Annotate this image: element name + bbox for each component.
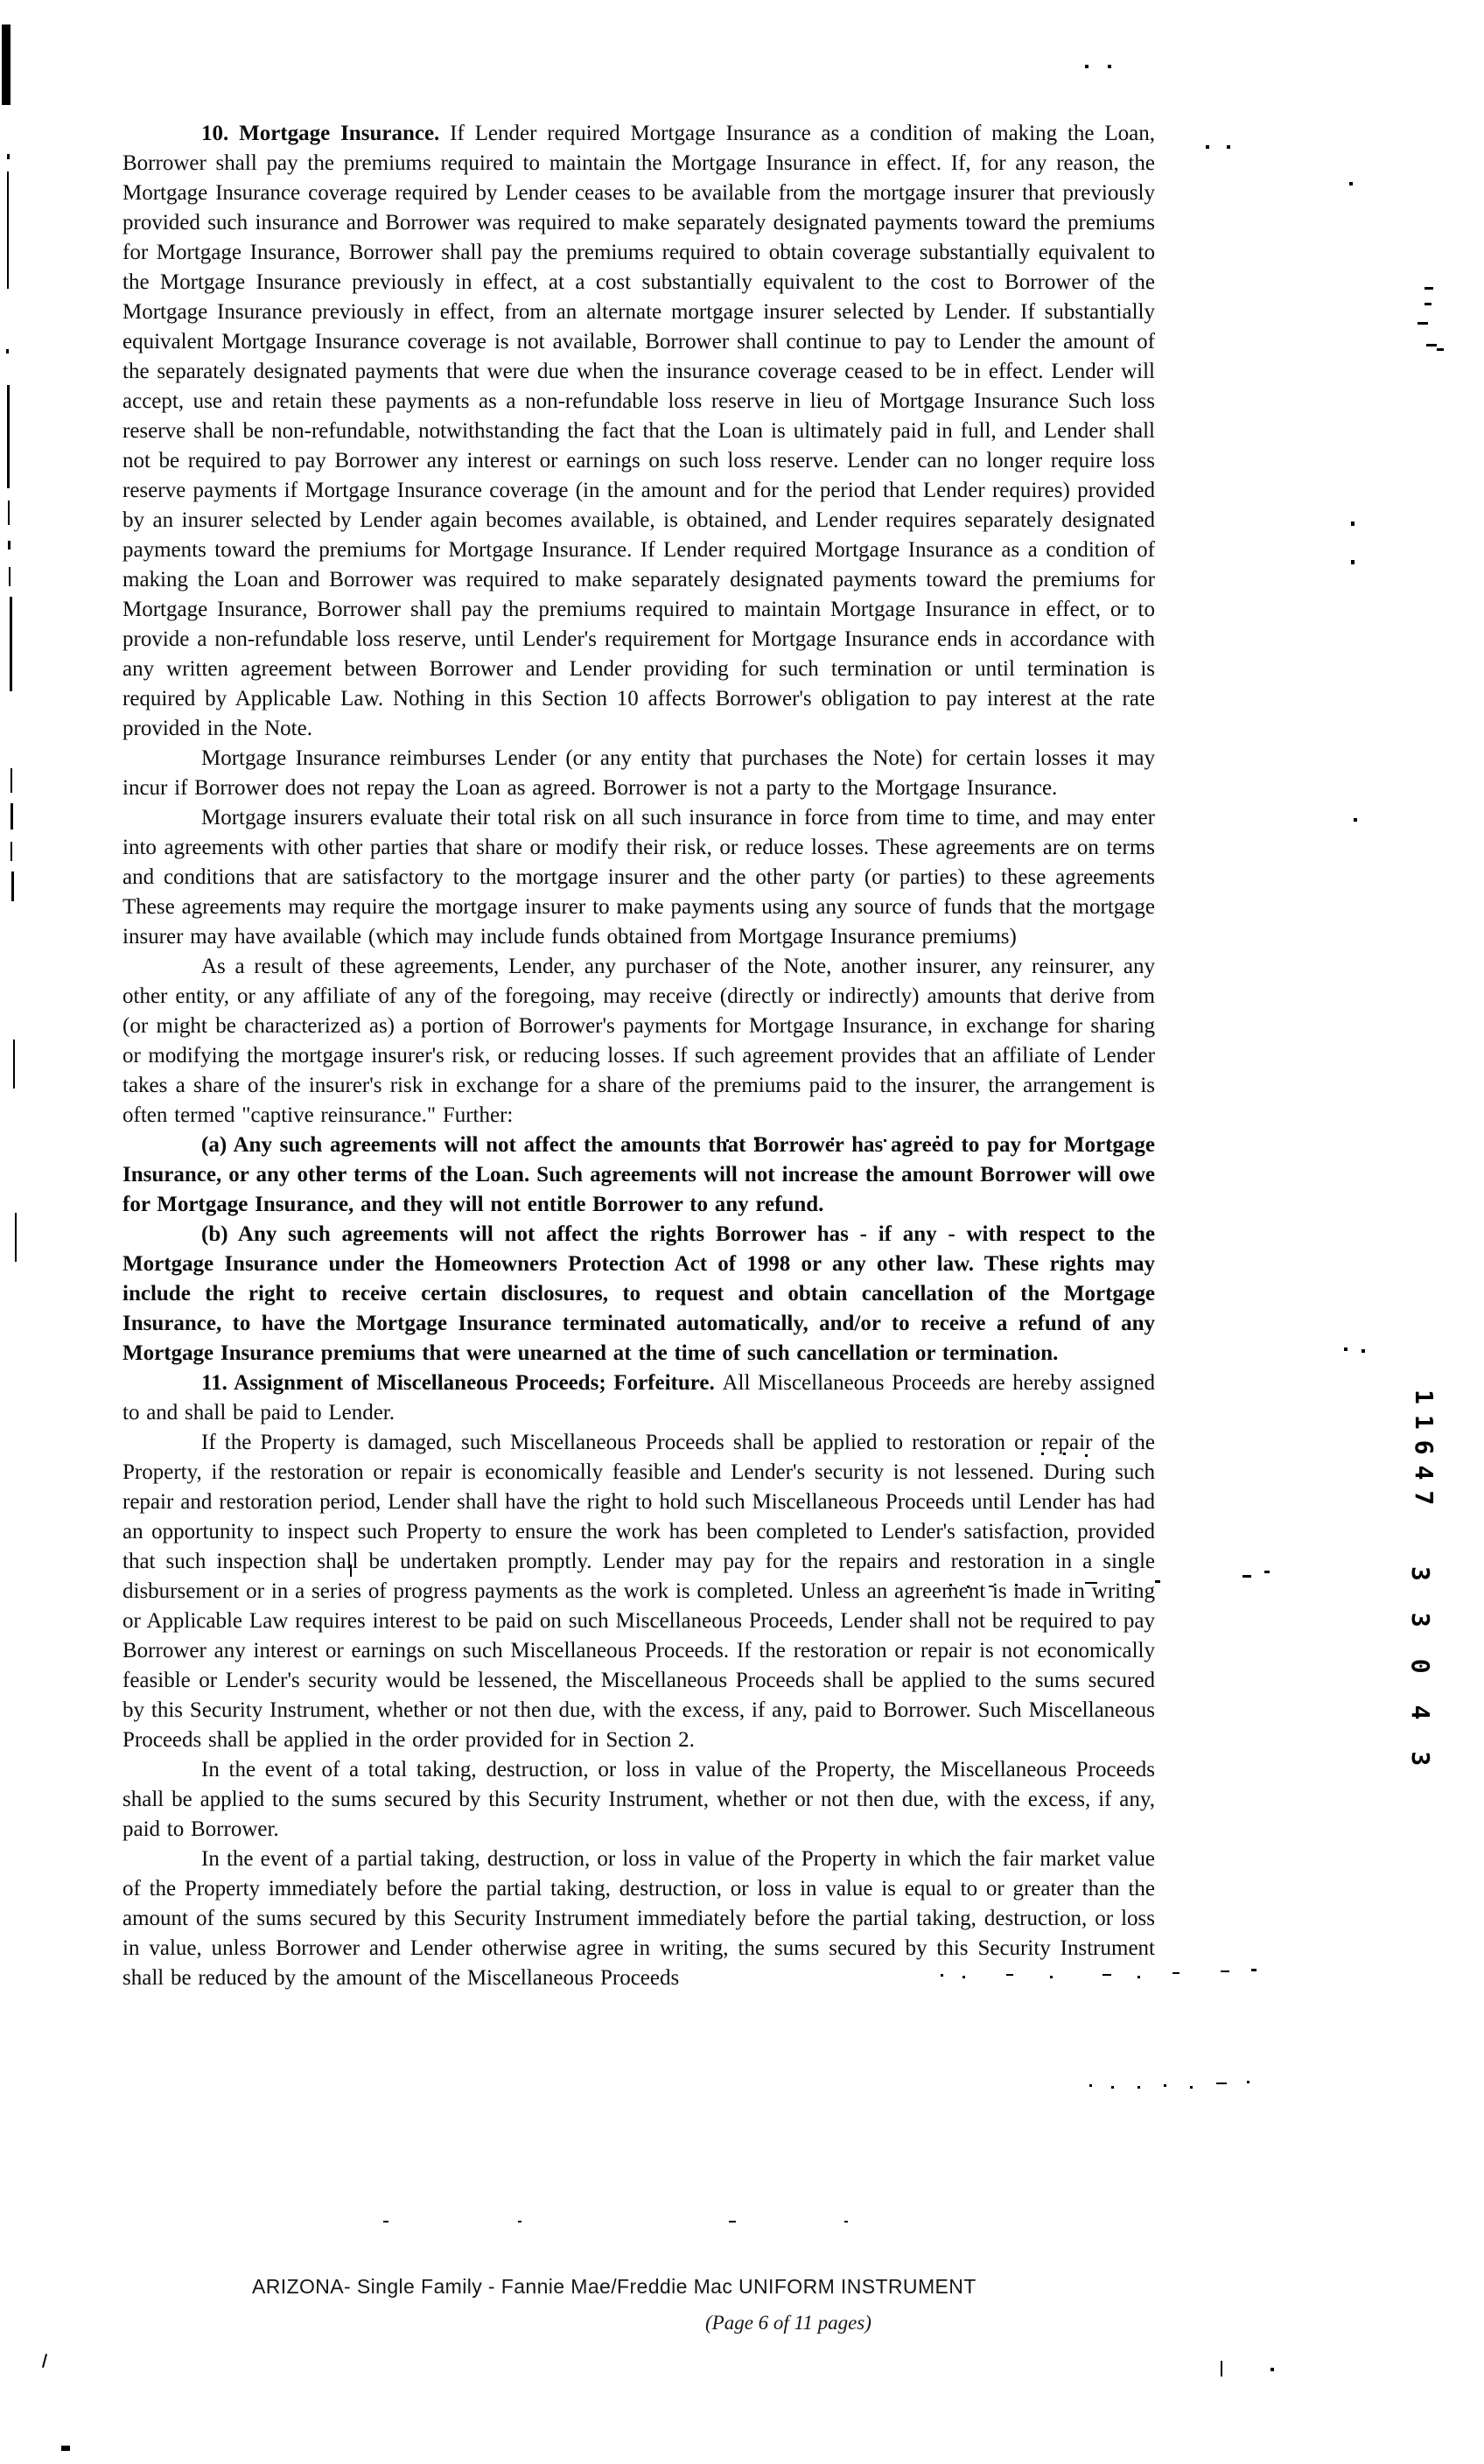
scan-artifact xyxy=(10,768,12,793)
paragraph: As a result of these agreements, Lender,… xyxy=(122,952,1155,1130)
scan-artifact xyxy=(1164,2084,1166,2087)
section-heading: 10. Mortgage Insurance. xyxy=(201,122,450,145)
scan-artifact xyxy=(8,541,10,549)
scan-artifact xyxy=(11,871,14,901)
paragraph: In the event of a partial taking, destru… xyxy=(122,1844,1155,1993)
scan-artifact xyxy=(1270,2368,1274,2371)
scan-artifact xyxy=(1426,344,1437,346)
scan-artifact xyxy=(754,1137,757,1140)
scan-artifact xyxy=(1108,65,1111,68)
scan-artifact xyxy=(15,1213,17,1262)
footer-page-number: (Page 6 of 11 pages) xyxy=(705,2312,871,2334)
paragraph: (a) Any such agreements will not affect … xyxy=(122,1130,1155,1220)
paragraph: In the event of a total taking, destruct… xyxy=(122,1755,1155,1844)
scan-artifact xyxy=(10,803,13,829)
scan-artifact xyxy=(949,1584,952,1586)
scan-artifact xyxy=(2,24,10,105)
scan-artifact xyxy=(1227,145,1230,149)
scan-artifact xyxy=(1351,560,1354,564)
section-paragraph: 10. Mortgage Insurance. If Lender requir… xyxy=(122,119,1155,744)
scan-artifact xyxy=(10,597,12,691)
scan-artifact xyxy=(1216,2082,1227,2084)
scan-artifact xyxy=(1085,1454,1088,1457)
scan-artifact xyxy=(726,1139,729,1142)
scan-artifact xyxy=(1221,1970,1229,1972)
scan-artifact xyxy=(941,1974,943,1977)
scan-artifact xyxy=(1251,1969,1256,1971)
scan-artifact xyxy=(1102,1974,1111,1976)
scan-artifact xyxy=(7,171,9,289)
section-heading: 11. Assignment of Miscellaneous Proceeds… xyxy=(201,1371,722,1395)
scan-artifact xyxy=(9,567,10,586)
scan-artifact xyxy=(1247,2081,1249,2083)
scan-artifact xyxy=(1006,1974,1013,1976)
scan-artifact xyxy=(1041,1452,1044,1455)
paragraph: Mortgage insurers evaluate their total r… xyxy=(122,803,1155,952)
scan-artifact xyxy=(962,1976,965,1978)
scan-artifact xyxy=(42,2354,47,2368)
scan-artifact xyxy=(7,154,10,159)
scan-artifact xyxy=(1264,1571,1270,1573)
scan-artifact xyxy=(844,2221,848,2222)
scan-artifact xyxy=(1137,1976,1140,1978)
scan-artifact xyxy=(1190,2086,1193,2089)
scan-artifact xyxy=(1129,1584,1131,1586)
scan-artifact xyxy=(1015,1584,1018,1586)
scan-artifact xyxy=(1155,1580,1160,1583)
scan-artifact xyxy=(1085,1582,1097,1584)
section-paragraph: 11. Assignment of Miscellaneous Proceeds… xyxy=(122,1368,1155,1428)
scan-artifact xyxy=(967,1585,969,1588)
scan-artifact xyxy=(884,1139,886,1142)
scan-artifact xyxy=(1137,2086,1140,2089)
scan-artifact xyxy=(729,2221,736,2222)
stamp-number-bottom: 33043 xyxy=(1406,1566,1435,1797)
scan-artifact xyxy=(1242,1575,1251,1578)
scan-artifact xyxy=(989,1585,994,1587)
scan-artifact xyxy=(61,2446,70,2451)
scan-artifact xyxy=(383,2221,388,2222)
paragraph: Mortgage Insurance reimburses Lender (or… xyxy=(122,744,1155,803)
scan-artifact xyxy=(1417,322,1428,325)
scan-artifact xyxy=(1344,1347,1347,1351)
document-page: 10. Mortgage Insurance. If Lender requir… xyxy=(0,0,1484,2464)
paragraph: (b) Any such agreements will not affect … xyxy=(122,1220,1155,1368)
scan-artifact xyxy=(6,349,9,353)
scan-artifact xyxy=(13,1039,15,1088)
scan-artifact xyxy=(1349,182,1353,185)
scan-artifact xyxy=(1089,2084,1092,2087)
scan-artifact xyxy=(1063,1452,1066,1455)
scan-artifact xyxy=(1437,348,1444,351)
scan-artifact xyxy=(10,842,12,861)
scan-artifact xyxy=(831,1137,834,1140)
scan-artifact xyxy=(350,1564,352,1577)
scan-artifact xyxy=(1050,1976,1053,1978)
scan-artifact xyxy=(1221,2361,1222,2376)
document-body: 10. Mortgage Insurance. If Lender requir… xyxy=(122,119,1155,1993)
scan-artifact xyxy=(1424,303,1431,305)
scan-artifact xyxy=(518,2221,521,2222)
footer-form-title: ARIZONA- Single Family - Fannie Mae/Fred… xyxy=(252,2275,976,2299)
scan-artifact xyxy=(1361,1349,1365,1353)
scan-artifact xyxy=(8,500,10,525)
scan-artifact xyxy=(1354,818,1357,822)
scan-artifact xyxy=(1424,287,1433,290)
scan-artifact xyxy=(1111,2086,1114,2089)
scan-artifact xyxy=(1206,145,1209,149)
scan-artifact xyxy=(1172,1972,1179,1974)
scan-artifact xyxy=(936,1136,939,1138)
stamp-number-top: 11647 xyxy=(1410,1389,1438,1515)
scan-artifact xyxy=(7,385,10,488)
scan-artifact xyxy=(1085,65,1088,68)
scan-artifact xyxy=(1351,521,1354,526)
paragraph: If the Property is damaged, such Miscell… xyxy=(122,1428,1155,1755)
